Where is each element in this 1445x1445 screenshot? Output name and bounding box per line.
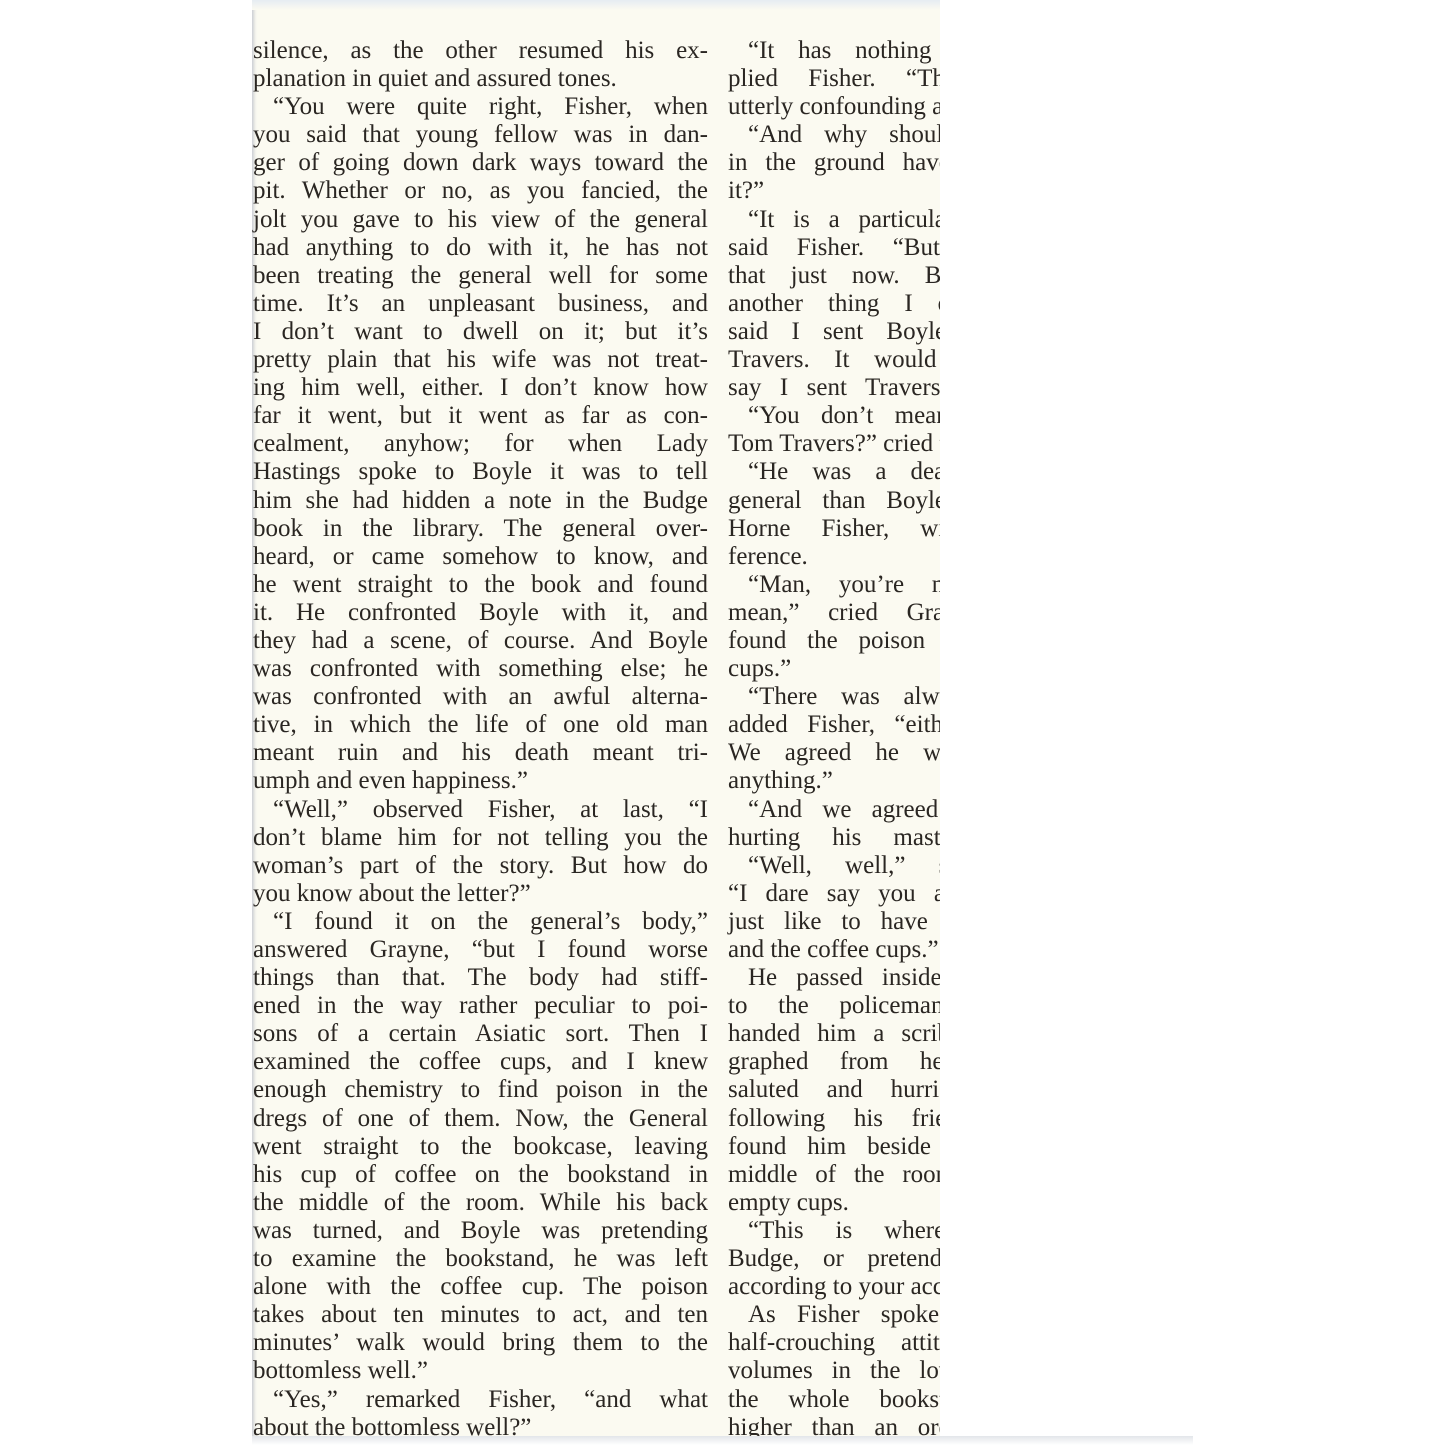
text-line: silence, as the other resumed his ex- — [253, 37, 708, 65]
text-line: meant ruin and his death meant tri- — [253, 739, 708, 767]
text-line: alone with the coffee cup. The poison — [253, 1273, 708, 1301]
text-line: bottomless well.” — [253, 1357, 708, 1385]
text-line: minutes’ walk would bring them to the — [253, 1329, 708, 1357]
text-line: planation in quiet and assured tones. — [253, 65, 708, 93]
text-line: woman’s part of the story. But how do — [253, 852, 708, 880]
text-line: Hastings spoke to Boyle it was to tell — [253, 458, 708, 486]
background-right — [940, 0, 1445, 1445]
page-bottom-edge — [252, 1436, 1193, 1445]
text-line: umph and even happiness.” — [253, 767, 708, 795]
text-line: they had a scene, of course. And Boyle — [253, 627, 708, 655]
left-text-column: silence, as the other resumed his ex-pla… — [253, 37, 708, 1442]
text-line: he went straight to the book and found — [253, 571, 708, 599]
text-line: ger of going down dark ways toward the — [253, 149, 708, 177]
text-line: ened in the way rather peculiar to poi- — [253, 992, 708, 1020]
text-line: to examine the bookstand, he was left — [253, 1245, 708, 1273]
text-line: answered Grayne, “but I found worse — [253, 936, 708, 964]
text-line: cealment, anyhow; for when Lady — [253, 430, 708, 458]
text-line: “Yes,” remarked Fisher, “and what — [253, 1386, 708, 1414]
text-line: had anything to do with it, he has not — [253, 234, 708, 262]
text-line: I don’t want to dwell on it; but it’s — [253, 318, 708, 346]
text-line: sons of a certain Asiatic sort. Then I — [253, 1020, 708, 1048]
text-line: him she had hidden a note in the Budge — [253, 487, 708, 515]
text-line: examined the coffee cups, and I knew — [253, 1048, 708, 1076]
text-line: you know about the letter?” — [253, 880, 708, 908]
text-line: takes about ten minutes to act, and ten — [253, 1301, 708, 1329]
text-line: don’t blame him for not telling you the — [253, 824, 708, 852]
text-line: heard, or came somehow to know, and — [253, 543, 708, 571]
text-line: went straight to the bookcase, leaving — [253, 1133, 708, 1161]
text-line: ing him well, either. I don’t know how — [253, 374, 708, 402]
text-line: “I found it on the general’s body,” — [253, 908, 708, 936]
text-line: pretty plain that his wife was not treat… — [253, 346, 708, 374]
text-line: the middle of the room. While his back — [253, 1189, 708, 1217]
text-line: been treating the general well for some — [253, 262, 708, 290]
text-line: jolt you gave to his view of the general — [253, 206, 708, 234]
text-line: book in the library. The general over- — [253, 515, 708, 543]
text-line: dregs of one of them. Now, the General — [253, 1105, 708, 1133]
text-line: was confronted with something else; he — [253, 655, 708, 683]
text-line: was turned, and Boyle was pretending — [253, 1217, 708, 1245]
text-line: was confronted with an awful alterna- — [253, 683, 708, 711]
text-line: his cup of coffee on the bookstand in — [253, 1161, 708, 1189]
text-line: “Well,” observed Fisher, at last, “I — [253, 796, 708, 824]
text-line: “You were quite right, Fisher, when — [253, 93, 708, 121]
text-line: tive, in which the life of one old man — [253, 711, 708, 739]
text-line: things than that. The body had stiff- — [253, 964, 708, 992]
text-line: you said that young fellow was in dan- — [253, 121, 708, 149]
text-line: it. He confronted Boyle with it, and — [253, 599, 708, 627]
text-line: enough chemistry to find poison in the — [253, 1076, 708, 1104]
text-line: far it went, but it went as far as con- — [253, 402, 708, 430]
text-line: pit. Whether or no, as you fancied, the — [253, 177, 708, 205]
text-line: time. It’s an unpleasant business, and — [253, 290, 708, 318]
